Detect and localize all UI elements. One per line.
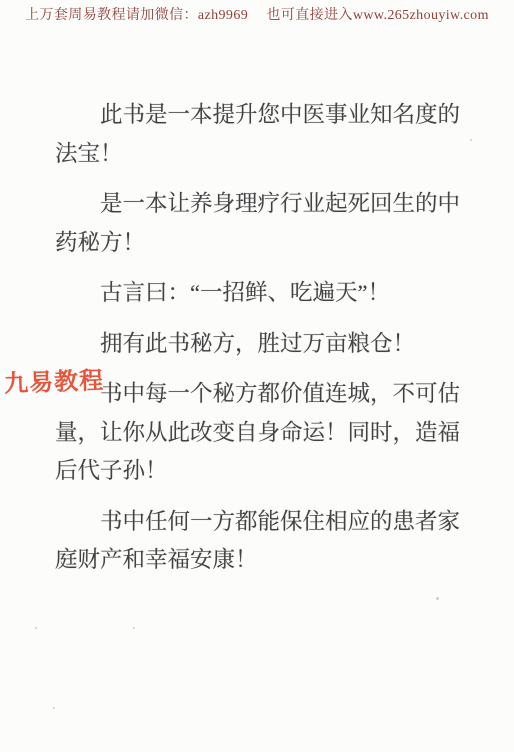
- text-line: 书中任何一方都能保住相应的患者家: [55, 503, 465, 542]
- text-line: 法宝！: [55, 135, 465, 174]
- text-line: 拥有此书秘方，胜过万亩粮仓！: [55, 325, 465, 364]
- text-line: 此书是一本提升您中医事业知名度的: [55, 96, 465, 135]
- paragraph: 拥有此书秘方，胜过万亩粮仓！: [55, 325, 465, 364]
- paragraph: 古言曰：“一招鲜、吃遍天”！: [55, 274, 465, 313]
- text-line: 古言曰：“一招鲜、吃遍天”！: [55, 274, 465, 313]
- text-line: 是一本让养身理疗行业起死回生的中: [55, 185, 465, 224]
- text-line: 庭财产和幸福安康！: [55, 541, 465, 580]
- text-line: 书中每一个秘方都价值连城，不可估: [55, 375, 465, 414]
- paragraph: 书中任何一方都能保住相应的患者家 庭财产和幸福安康！: [55, 503, 465, 580]
- paragraph: 是一本让养身理疗行业起死回生的中 药秘方！: [55, 185, 465, 262]
- scanned-page: 上万套周易教程请加微信：azh9969 也可直接进入www.265zhouyiw…: [0, 0, 514, 752]
- scan-speck: [436, 597, 439, 600]
- scan-speck: [35, 627, 37, 629]
- scan-speck: [470, 139, 472, 141]
- watermark-logo: 九易教程: [3, 360, 104, 398]
- paragraph: 此书是一本提升您中医事业知名度的 法宝！: [55, 96, 465, 173]
- text-line: 药秘方！: [55, 224, 465, 263]
- text-line: 后代子孙！: [55, 452, 465, 491]
- paragraph: 书中每一个秘方都价值连城，不可估 量，让你从此改变自身命运！同时，造福 后代子孙…: [55, 375, 465, 491]
- scan-speck: [53, 707, 55, 709]
- scan-speck: [133, 627, 135, 629]
- text-line: 量，让你从此改变自身命运！同时，造福: [55, 414, 465, 453]
- page-body-text: 此书是一本提升您中医事业知名度的 法宝！ 是一本让养身理疗行业起死回生的中 药秘…: [55, 0, 465, 592]
